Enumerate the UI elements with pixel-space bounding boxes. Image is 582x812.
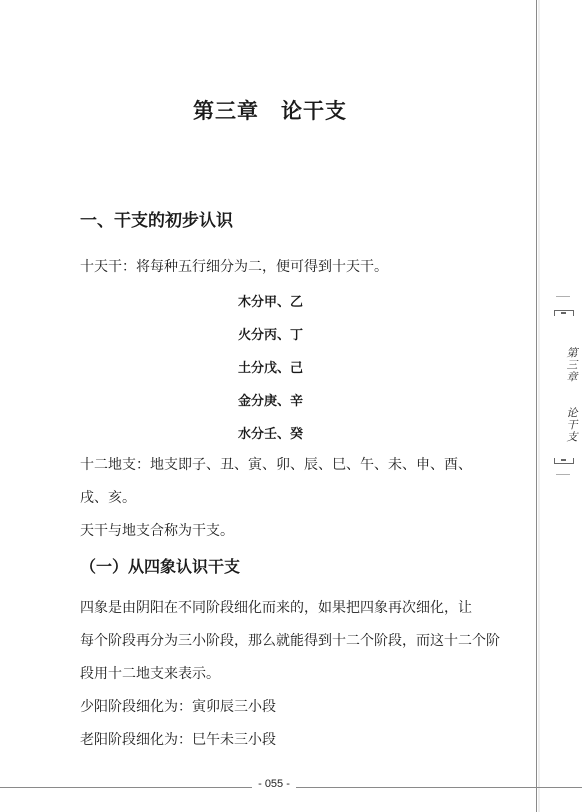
footer-rule-right [296, 787, 582, 788]
side-tab-title: 论干支 [548, 400, 578, 450]
shaoyang-line: 少阳阶段细化为：寅卯辰三小段 [80, 697, 276, 717]
stems-intro: 十天干：将每种五行细分为二，便可得到十天干。 [80, 257, 388, 277]
ganzhi-definition: 天干与地支合称为干支。 [80, 521, 234, 541]
stem-item-earth: 土分戊、己 [238, 357, 303, 376]
side-tab-dash-top [556, 296, 570, 297]
section-heading: 一、干支的初步认识 [80, 206, 233, 231]
side-tab-chapter: 第三章 [548, 340, 578, 390]
page-number: - 055 - [254, 778, 294, 790]
sixiang-para-line-3: 段用十二地支来表示。 [80, 664, 220, 684]
sixiang-para-line-2: 每个阶段再分为三小阶段，那么就能得到十二个阶段，而这十二个阶 [80, 631, 500, 651]
chapter-side-tab: 第三章 论干支 [548, 296, 578, 476]
sixiang-para-line-1: 四象是由阴阳在不同阶段细化而来的，如果把四象再次细化，让 [80, 598, 472, 618]
branches-line-2: 戌、亥。 [80, 488, 136, 508]
chapter-number: 第三章 [193, 98, 259, 123]
footer-rule-left [0, 787, 252, 788]
side-tab-ornament-bottom [554, 458, 574, 464]
book-page: 第三章论干支 一、干支的初步认识 十天干：将每种五行细分为二，便可得到十天干。 … [0, 0, 582, 812]
stem-item-water: 水分壬、癸 [238, 423, 303, 442]
stem-item-metal: 金分庚、辛 [238, 390, 303, 409]
side-tab-dash-bottom [556, 474, 570, 475]
stem-item-fire: 火分丙、丁 [238, 324, 303, 343]
subsection-heading: （一）从四象认识干支 [80, 554, 240, 577]
side-tab-ornament-top [554, 310, 574, 316]
branches-line-1: 十二地支：地支即子、丑、寅、卯、辰、巳、午、未、申、酉、 [80, 455, 472, 475]
laoyang-line: 老阳阶段细化为：巳午未三小段 [80, 730, 276, 750]
chapter-name: 论干支 [281, 98, 347, 123]
chapter-title: 第三章论干支 [0, 95, 540, 125]
stem-item-wood: 木分甲、乙 [238, 291, 303, 310]
